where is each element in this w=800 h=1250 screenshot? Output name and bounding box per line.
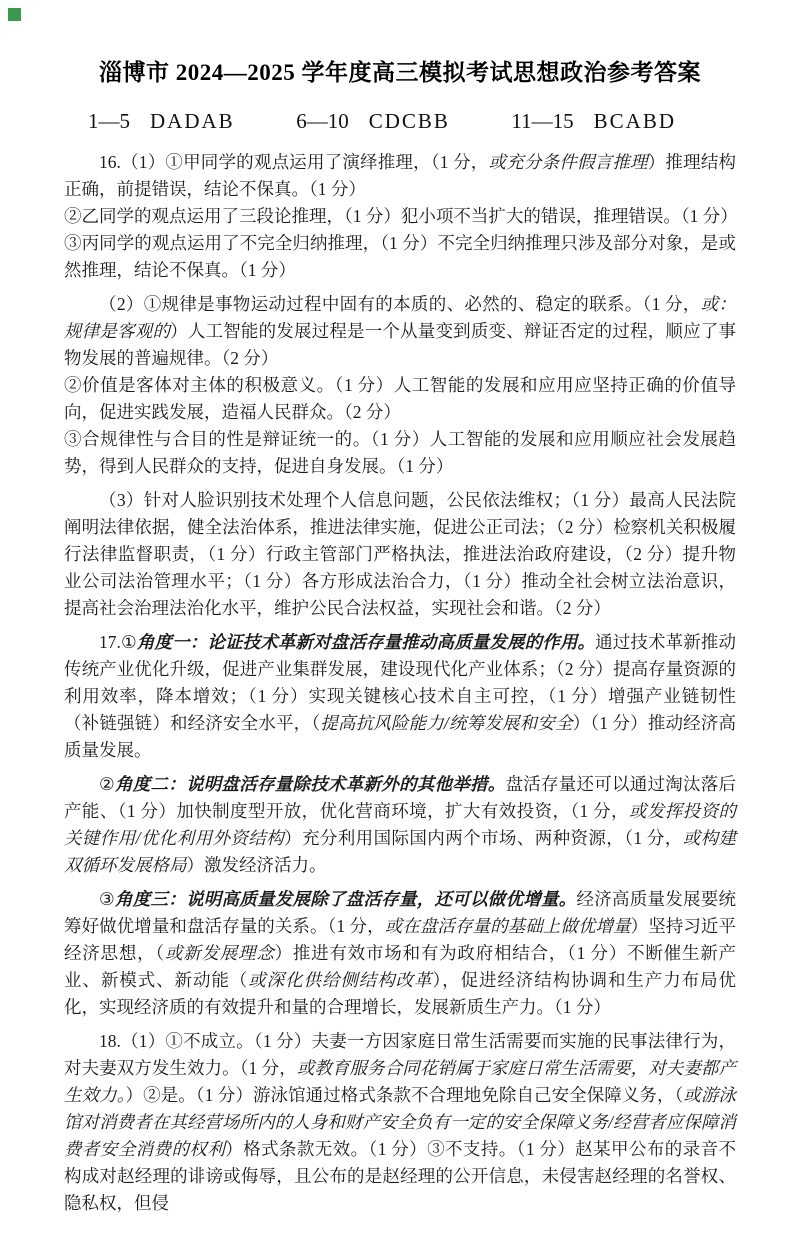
- answer-key-item: 6—10CDCBB: [296, 109, 450, 134]
- text-run: ）②是。（1 分）游泳馆通过格式条款不合理地免除自己安全保障义务，（: [126, 1085, 684, 1105]
- multiple-choice-answer-key: 1—5DADAB6—10CDCBB11—15BCABD: [88, 109, 676, 134]
- answer-key-item: 11—15BCABD: [511, 109, 676, 134]
- question-range: 6—10: [296, 109, 349, 133]
- exam-answer-sheet-page: 淄博市 2024—2025 学年度高三模拟考试思想政治参考答案 1—5DADAB…: [0, 0, 800, 1250]
- alt-answer-note-run: 角度三：说明高质量发展除了盘活存量，还可以做优增量。: [115, 889, 577, 909]
- text-run: ③合规律性与合目的性是辩证统一的。（1 分）人工智能的发展和应用顺应社会发展趋势…: [64, 429, 736, 476]
- text-run: （2）①规律是事物运动过程中固有的本质的、必然的、稳定的联系。（1 分，: [99, 294, 701, 314]
- alt-answer-note-run: 或深化供给侧结构改革: [248, 970, 432, 990]
- text-run: ②: [99, 774, 115, 794]
- answer-letters: CDCBB: [369, 109, 450, 133]
- answer-paragraph: 16.（1）①甲同学的观点运用了演绎推理，（1 分，或充分条件假言推理）推理结构…: [64, 149, 736, 203]
- text-run: ②乙同学的观点运用了三段论推理，（1 分）犯小项不当扩大的错误，推理错误。（1 …: [64, 206, 738, 226]
- question-range: 11—15: [511, 109, 573, 133]
- alt-answer-note-run: 或新发展理念: [165, 943, 275, 963]
- text-run: ）激发经济活力。: [187, 855, 327, 875]
- answer-paragraph: ②价值是客体对主体的积极意义。（1 分）人工智能的发展和应用应坚持正确的价值导向…: [64, 372, 736, 426]
- text-run: 16.（1）①甲同学的观点运用了演绎推理，（1 分，: [99, 152, 488, 172]
- alt-answer-note-run: 角度一：论证技术革新对盘活存量推动高质量发展的作用。: [137, 632, 595, 652]
- answer-paragraph: ②角度二：说明盘活存量除技术革新外的其他举措。盘活存量还可以通过淘汰落后产能、（…: [64, 771, 736, 879]
- answer-paragraph: ③合规律性与合目的性是辩证统一的。（1 分）人工智能的发展和应用顺应社会发展趋势…: [64, 426, 736, 480]
- alt-answer-note-run: 提高抗风险能力/统筹发展和安全: [320, 713, 572, 733]
- answer-paragraph: 18.（1）①不成立。（1 分）夫妻一方因家庭日常生活需要而实施的民事法律行为，…: [64, 1028, 736, 1217]
- answer-paragraph: ③丙同学的观点运用了不完全归纳推理，（1 分）不完全归纳推理只涉及部分对象，是或…: [64, 230, 736, 284]
- text-run: ③丙同学的观点运用了不完全归纳推理，（1 分）不完全归纳推理只涉及部分对象，是或…: [64, 233, 736, 280]
- question-range: 1—5: [88, 109, 130, 133]
- alt-answer-note-run: 或充分条件假言推理: [488, 152, 647, 172]
- document-title: 淄博市 2024—2025 学年度高三模拟考试思想政治参考答案: [64, 54, 736, 87]
- alt-answer-note-run: 或在盘活存量的基础上做优增量: [385, 916, 631, 936]
- text-run: ③: [99, 889, 115, 909]
- text-run: ②价值是客体对主体的积极意义。（1 分）人工智能的发展和应用应坚持正确的价值导向…: [64, 375, 736, 422]
- answer-paragraph: （2）①规律是事物运动过程中固有的本质的、必然的、稳定的联系。（1 分，或：规律…: [64, 291, 736, 372]
- text-run: 17.①: [99, 632, 137, 652]
- text-run: （3）针对人脸识别技术处理个人信息问题，公民依法维权；（1 分）最高人民法院阐明…: [64, 490, 736, 618]
- answer-paragraph: （3）针对人脸识别技术处理个人信息问题，公民依法维权；（1 分）最高人民法院阐明…: [64, 487, 736, 622]
- text-run: ）充分利用国际国内两个市场、两种资源，（1 分，: [284, 828, 683, 848]
- alt-answer-note-run: 角度二：说明盘活存量除技术革新外的其他举措。: [115, 774, 506, 794]
- answer-letters: BCABD: [594, 109, 676, 133]
- answer-paragraph: 17.①角度一：论证技术革新对盘活存量推动高质量发展的作用。通过技术革新推动传统…: [64, 629, 736, 764]
- document-body: 16.（1）①甲同学的观点运用了演绎推理，（1 分，或充分条件假言推理）推理结构…: [64, 149, 736, 1217]
- answer-paragraph: ③角度三：说明高质量发展除了盘活存量，还可以做优增量。经济高质量发展要统筹好做优…: [64, 886, 736, 1021]
- answer-paragraph: ②乙同学的观点运用了三段论推理，（1 分）犯小项不当扩大的错误，推理错误。（1 …: [64, 203, 736, 230]
- answer-key-item: 1—5DADAB: [88, 109, 235, 134]
- answer-letters: DADAB: [150, 109, 235, 133]
- corner-marker: [8, 8, 21, 21]
